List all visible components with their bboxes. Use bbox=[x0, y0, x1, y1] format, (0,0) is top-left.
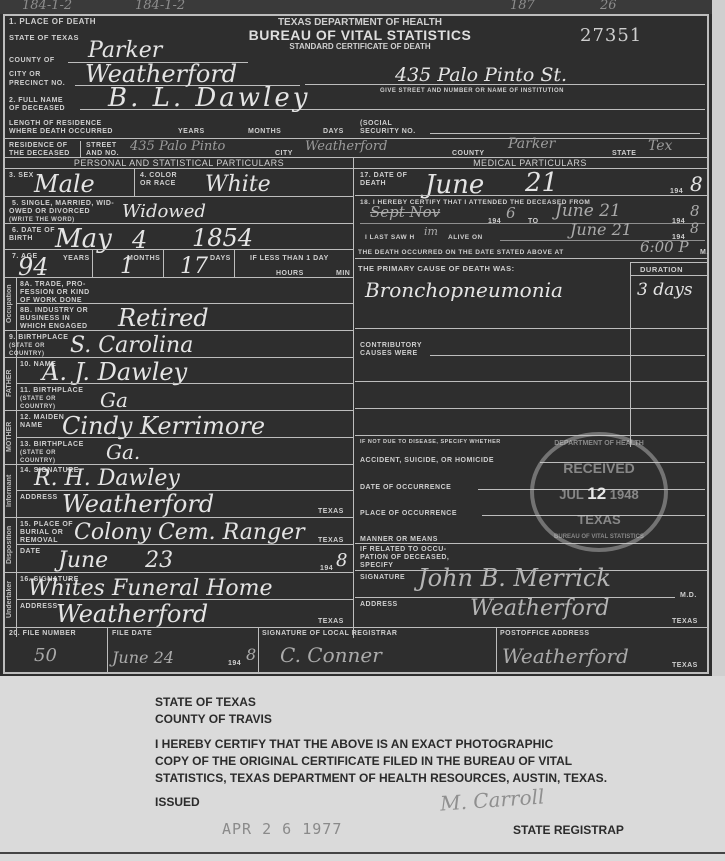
county-value: Parker bbox=[88, 40, 162, 62]
birthplace-label: 9. BIRTHPLACE bbox=[9, 334, 68, 342]
last-saw-year-suffix: 8 bbox=[690, 222, 699, 236]
ssn-label: (SOCIAL bbox=[360, 120, 392, 128]
dod-label-2: DEATH bbox=[360, 180, 386, 188]
primary-cause: Bronchopneumonia bbox=[365, 280, 563, 300]
age-years-label: YEARS bbox=[63, 255, 90, 263]
informant-address: Weatherford bbox=[62, 492, 214, 516]
marital-label: 5. SINGLE, MARRIED, WID- bbox=[12, 200, 114, 208]
primary-cause-label: THE PRIMARY CAUSE OF DEATH WAS: bbox=[358, 265, 515, 273]
age-years: 94 bbox=[18, 255, 49, 279]
color-label: 4. COLOR bbox=[140, 172, 177, 180]
death-occurred-label: THE DEATH OCCURRED ON THE DATE STATED AB… bbox=[358, 249, 564, 257]
dod-year-suffix: 8 bbox=[690, 174, 703, 194]
stamp-day: 12 bbox=[587, 484, 606, 503]
father-name: A. J. Dawley bbox=[42, 360, 187, 384]
time-of-death: 6:00 P bbox=[640, 240, 689, 255]
cert-line-1: I HEREBY CERTIFY THAT THE ABOVE IS AN EX… bbox=[155, 737, 553, 751]
personal-section-title: PERSONAL AND STATISTICAL PARTICULARS bbox=[5, 158, 353, 168]
index-code: 187 bbox=[510, 0, 535, 13]
side-label-disposition: Disposition bbox=[6, 517, 18, 572]
last-saw-label: I LAST SAW H bbox=[365, 234, 415, 242]
less-than-day-label: IF LESS THAN 1 DAY bbox=[250, 255, 329, 263]
stamp-received: RECEIVED bbox=[534, 460, 664, 476]
residence-length-label: LENGTH OF RESIDENCE bbox=[9, 120, 102, 128]
m-label: M. bbox=[700, 249, 709, 257]
postoffice-texas-label: TEXAS bbox=[672, 662, 698, 670]
mother-maiden-label: 12. MAIDEN bbox=[20, 414, 64, 422]
father-birthplace-label-2: (STATE OR bbox=[20, 395, 56, 403]
residence-street: 435 Palo Pinto bbox=[130, 140, 225, 153]
days-label: DAYS bbox=[323, 128, 344, 136]
stamp-month: JUL bbox=[559, 487, 583, 502]
occupation-related-label-2: PATION OF DECEASED, bbox=[360, 554, 449, 562]
occupation-value: Retired bbox=[118, 306, 209, 330]
duration-value: 3 days bbox=[637, 282, 693, 299]
not-due-to-disease-label: IF NOT DUE TO DISEASE, SPECIFY WHETHER bbox=[360, 438, 501, 446]
burial-year-suffix: 8 bbox=[336, 552, 347, 570]
mother-maiden-name: Cindy Kerrimore bbox=[62, 414, 265, 438]
occupation-related-label-3: SPECIFY bbox=[360, 562, 393, 570]
undertaker-signature: Whites Funeral Home bbox=[28, 578, 273, 600]
trade-label: 8A. TRADE, PRO- bbox=[20, 281, 86, 289]
residence-city: Weatherford bbox=[305, 140, 387, 153]
physician-signature-label: SIGNATURE bbox=[360, 574, 405, 582]
issued-date: APR 2 6 1977 bbox=[222, 820, 342, 838]
years-label: YEARS bbox=[178, 128, 205, 136]
undertaker-texas-label: TEXAS bbox=[318, 618, 344, 626]
side-label-father: FATHER bbox=[6, 357, 18, 410]
contributory-label: CONTRIBUTORY bbox=[360, 342, 422, 350]
full-name-label-2: OF DECEASED bbox=[9, 105, 65, 113]
age-days: 17 bbox=[180, 256, 208, 278]
side-label-occupation: Occupation bbox=[6, 278, 18, 330]
street-value: 435 Palo Pinto St. bbox=[395, 66, 567, 85]
mother-birthplace-label-2: (STATE OR bbox=[20, 449, 56, 457]
cert-line-3: STATISTICS, TEXAS DEPARTMENT OF HEALTH R… bbox=[155, 771, 607, 785]
last-saw-pronoun: im bbox=[424, 226, 438, 237]
to-label: TO bbox=[528, 218, 539, 226]
cert-line-2: COPY OF THE ORIGINAL CERTIFICATE FILED I… bbox=[155, 754, 572, 768]
full-name-label: 2. FULL NAME bbox=[9, 97, 63, 105]
page-edge bbox=[712, 0, 725, 676]
residence-label: RESIDENCE OF bbox=[9, 142, 68, 150]
dod-day: 21 bbox=[525, 170, 558, 196]
attended-from: Sept Nov bbox=[370, 205, 440, 220]
stamp-year: 1948 bbox=[610, 487, 639, 502]
mother-birthplace: Ga. bbox=[106, 442, 140, 462]
father-birthplace-label: 11. BIRTHPLACE bbox=[20, 387, 83, 395]
months-label: MONTHS bbox=[248, 128, 281, 136]
bottom-edge bbox=[0, 852, 725, 854]
index-code: 184-1-2 bbox=[22, 0, 72, 13]
certificate-number: 27351 bbox=[580, 25, 642, 46]
undertaker-address-label: ADDRESS bbox=[20, 603, 58, 611]
index-strip: 184-1-2 184-1-2 187 26 bbox=[0, 0, 712, 14]
index-code: 26 bbox=[600, 0, 617, 13]
cert-county: COUNTY OF TRAVIS bbox=[155, 712, 272, 726]
file-date-label: FILE DATE bbox=[112, 630, 152, 638]
stamp-ring-top: DEPARTMENT OF HEALTH bbox=[534, 440, 664, 447]
residence-length-label-2: WHERE DEATH OCCURRED bbox=[9, 128, 113, 136]
file-year-prefix: 194 bbox=[228, 660, 241, 668]
to-year-prefix: 194 bbox=[672, 218, 685, 226]
birthplace-label-2: (STATE OR bbox=[9, 342, 45, 350]
file-number-label: 20. FILE NUMBER bbox=[9, 630, 76, 638]
physician-texas-label: TEXAS bbox=[672, 618, 698, 626]
county-label: COUNTY OF bbox=[9, 57, 55, 65]
city-label: CITY OR bbox=[9, 71, 41, 79]
street-caption: GIVE STREET AND NUMBER OR NAME OF INSTIT… bbox=[380, 87, 564, 95]
age-months: 1 bbox=[120, 256, 134, 278]
burial-label-2: BURIAL OR bbox=[20, 529, 63, 537]
bureau-name: BUREAU OF VITAL STATISTICS bbox=[225, 27, 495, 43]
dob-label-2: BIRTH bbox=[9, 235, 33, 243]
dob-year: 1854 bbox=[192, 226, 253, 250]
last-saw-date: June 21 bbox=[570, 222, 632, 238]
stamp-date: JUL 12 1948 bbox=[534, 484, 664, 504]
industry-label-2: BUSINESS IN bbox=[20, 315, 70, 323]
mother-maiden-label-2: NAME bbox=[20, 422, 43, 430]
stamp-ring-bottom: BUREAU OF VITAL STATISTICS bbox=[534, 534, 664, 540]
street-label: STREET bbox=[86, 142, 117, 150]
sex-label: 3. SEX bbox=[9, 172, 34, 180]
stamp-state: TEXAS bbox=[534, 512, 664, 527]
occupation-related-label: IF RELATED TO OCCU- bbox=[360, 546, 447, 554]
physician-signature: John B. Merrick bbox=[418, 566, 611, 590]
duration-label: DURATION bbox=[640, 266, 683, 274]
from-year-suffix: 6 bbox=[506, 206, 516, 221]
contributory-label-2: CAUSES WERE bbox=[360, 350, 418, 358]
date-of-occurrence-label: DATE OF OCCURRENCE bbox=[360, 484, 451, 492]
undertaker-address: Weatherford bbox=[56, 602, 208, 626]
physician-address: Weatherford bbox=[470, 598, 610, 620]
side-label-informant: Informant bbox=[6, 464, 18, 517]
dob-label: 6. DATE OF bbox=[12, 227, 55, 235]
sex-value: Male bbox=[34, 172, 95, 196]
received-stamp: DEPARTMENT OF HEALTH RECEIVED JUL 12 194… bbox=[530, 432, 668, 552]
file-number: 50 bbox=[34, 647, 57, 665]
birthplace-value: S. Carolina bbox=[70, 335, 193, 357]
death-certificate: 184-1-2 184-1-2 187 26 TEXAS DEPARTMENT … bbox=[0, 0, 712, 676]
physician-address-label: ADDRESS bbox=[360, 601, 398, 609]
from-year-prefix: 194 bbox=[488, 218, 501, 226]
informant-address-label: ADDRESS bbox=[20, 494, 58, 502]
burial-label: 15. PLACE OF bbox=[20, 521, 73, 529]
index-code: 184-1-2 bbox=[135, 0, 185, 13]
cert-state: STATE OF TEXAS bbox=[155, 695, 256, 709]
accident-label: ACCIDENT, SUICIDE, OR HOMICIDE bbox=[360, 457, 494, 465]
color-value: White bbox=[205, 174, 271, 196]
local-registrar-label: SIGNATURE OF LOCAL REGISTRAR bbox=[262, 630, 397, 638]
side-label-undertaker: Undertaker bbox=[6, 572, 18, 627]
color-label-2: OR RACE bbox=[140, 180, 176, 188]
certificate-title: STANDARD CERTIFICATE OF DEATH bbox=[240, 42, 480, 51]
state-label: STATE OF TEXAS bbox=[9, 34, 79, 42]
marital-label-2: OWED OR DIVORCED bbox=[9, 208, 90, 216]
attended-to: June 21 bbox=[555, 203, 621, 220]
father-birthplace: Ga bbox=[100, 390, 128, 410]
residence-state: Tex bbox=[648, 139, 672, 153]
deceased-name: B. L. Dawley bbox=[108, 85, 310, 111]
to-year-suffix: 8 bbox=[690, 204, 700, 219]
place-of-occurrence-label: PLACE OF OCCURRENCE bbox=[360, 510, 457, 518]
local-registrar-signature: C. Conner bbox=[280, 645, 382, 665]
informant-texas-label: TEXAS bbox=[318, 508, 344, 516]
industry-label: 8B. INDUSTRY OR bbox=[20, 307, 88, 315]
burial-date: June 23 bbox=[58, 550, 173, 572]
ssn-label-2: SECURITY NO. bbox=[360, 128, 416, 136]
alive-on-label: ALIVE ON bbox=[448, 234, 483, 242]
burial-place: Colony Cem. Ranger bbox=[74, 522, 305, 544]
dod-label: 17. DATE OF bbox=[360, 172, 407, 180]
file-date: June 24 bbox=[112, 650, 174, 666]
residence-county: Parker bbox=[508, 137, 555, 151]
md-label: M.D. bbox=[680, 592, 697, 600]
mother-birthplace-label: 13. BIRTHPLACE bbox=[20, 441, 84, 449]
informant-signature: R. H. Dawley bbox=[34, 468, 180, 490]
age-days-label: DAYS bbox=[210, 255, 231, 263]
burial-date-label: DATE bbox=[20, 548, 41, 556]
state-registrar-title: STATE REGISTRAP bbox=[513, 823, 624, 837]
trade-label-2: FESSION OR KIND bbox=[20, 289, 90, 297]
issued-label: ISSUED bbox=[155, 795, 200, 809]
side-label-mother: MOTHER bbox=[6, 410, 18, 464]
file-year-suffix: 8 bbox=[246, 647, 256, 663]
medical-section-title: MEDICAL PARTICULARS bbox=[355, 158, 705, 168]
postoffice-label: POSTOFFICE ADDRESS bbox=[500, 630, 590, 638]
place-of-death-label: 1. PLACE OF DEATH bbox=[9, 18, 96, 26]
precinct-label: PRECINCT NO. bbox=[9, 80, 65, 88]
postoffice-value: Weatherford bbox=[502, 646, 629, 666]
marital-value: Widowed bbox=[122, 203, 206, 221]
